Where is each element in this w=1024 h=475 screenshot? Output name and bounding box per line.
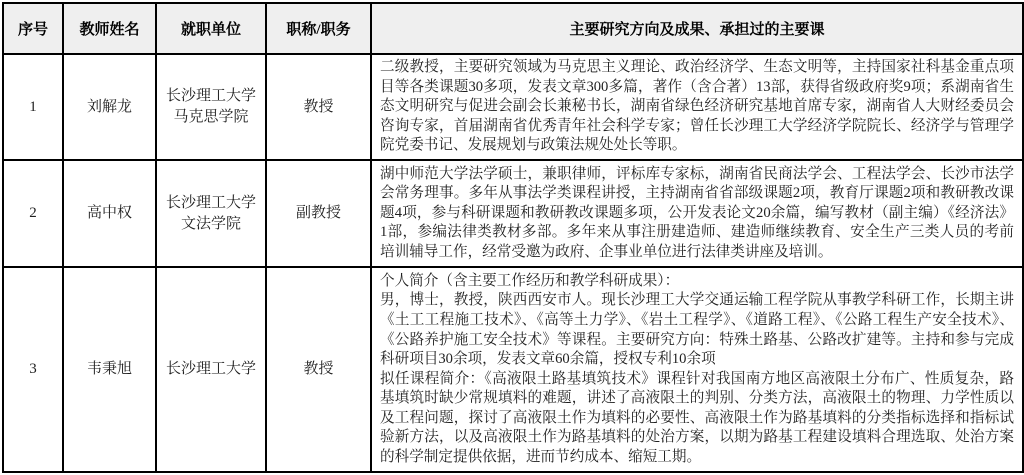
cell-teacher-name: 高中权	[63, 160, 156, 267]
cell-employer: 长沙理工大学马克思学院	[156, 54, 266, 160]
cell-index: 2	[3, 160, 63, 267]
research-paragraph: 湖中师范大学法学硕士，兼职律师，评标库专家标，湖南省民商法学会、工程法学会、长沙…	[380, 165, 1014, 263]
cell-teacher-name: 刘解龙	[63, 54, 156, 160]
header-teacher-name: 教师姓名	[63, 3, 156, 54]
cell-research: 二级教授，主要研究领域为马克思主义理论、政治经济学、生态文明等，主持国家社科基金…	[371, 54, 1023, 160]
header-employer: 就职单位	[156, 3, 266, 54]
cell-teacher-name: 韦秉旭	[63, 267, 156, 472]
teachers-table: 序号 教师姓名 就职单位 职称/职务 主要研究方向及成果、承担过的主要课 1 刘…	[2, 2, 1024, 473]
research-paragraph: 二级教授，主要研究领域为马克思主义理论、政治经济学、生态文明等，主持国家社科基金…	[380, 58, 1014, 156]
research-paragraph: 拟任课程简介：《高液限土路基填筑技术》课程针对我国南方地区高液限土分布广、性质复…	[380, 370, 1014, 468]
cell-research: 个人简介（含主要工作经历和教学科研成果）： 男，博士，教授，陕西西安市人。现长沙…	[371, 267, 1023, 472]
research-paragraph: 个人简介（含主要工作经历和教学科研成果）：	[380, 272, 1014, 292]
cell-index: 1	[3, 54, 63, 160]
header-title: 职称/职务	[266, 3, 371, 54]
teacher-roster-page: 序号 教师姓名 就职单位 职称/职务 主要研究方向及成果、承担过的主要课 1 刘…	[0, 2, 1024, 475]
header-index: 序号	[3, 3, 63, 54]
table-row: 3 韦秉旭 长沙理工大学 教授 个人简介（含主要工作经历和教学科研成果）： 男，…	[3, 267, 1023, 472]
cell-employer: 长沙理工大学文法学院	[156, 160, 266, 267]
cell-title: 副教授	[266, 160, 371, 267]
cell-research: 湖中师范大学法学硕士，兼职律师，评标库专家标，湖南省民商法学会、工程法学会、长沙…	[371, 160, 1023, 267]
cell-title: 教授	[266, 54, 371, 160]
table-row: 1 刘解龙 长沙理工大学马克思学院 教授 二级教授，主要研究领域为马克思主义理论…	[3, 54, 1023, 160]
header-row: 序号 教师姓名 就职单位 职称/职务 主要研究方向及成果、承担过的主要课	[3, 3, 1023, 54]
header-research: 主要研究方向及成果、承担过的主要课	[371, 3, 1023, 54]
table-row: 2 高中权 长沙理工大学文法学院 副教授 湖中师范大学法学硕士，兼职律师，评标库…	[3, 160, 1023, 267]
research-paragraph: 男，博士，教授，陕西西安市人。现长沙理工大学交通运输工程学院从事教学科研工作，长…	[380, 291, 1014, 369]
cell-index: 3	[3, 267, 63, 472]
cell-title: 教授	[266, 267, 371, 472]
cell-employer: 长沙理工大学	[156, 267, 266, 472]
